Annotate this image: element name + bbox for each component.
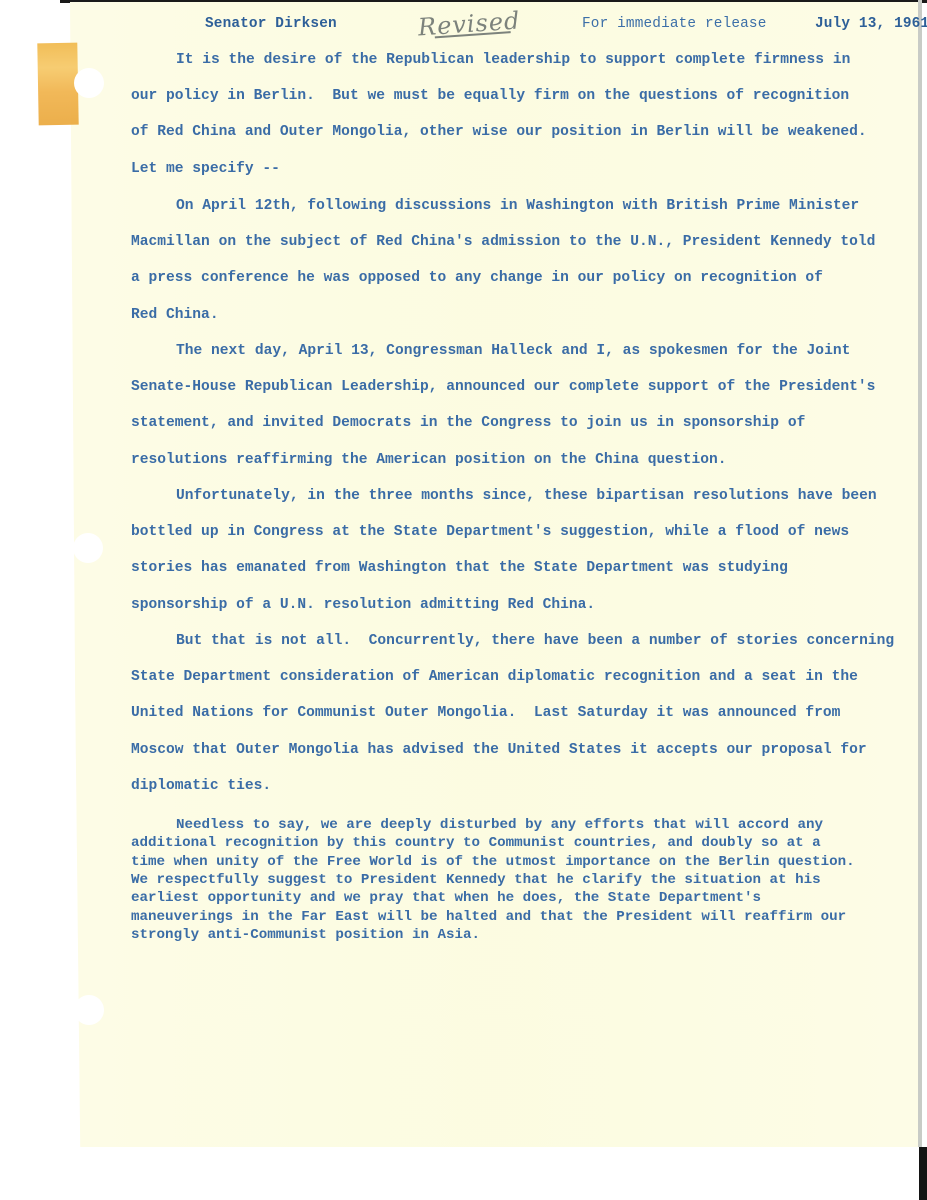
scan-right-edge — [918, 0, 922, 1147]
paragraph-line: Let me specify -- — [131, 161, 280, 177]
punch-hole-middle — [73, 533, 103, 563]
paragraph-line: resolutions reaffirming the American pos… — [131, 452, 727, 468]
paragraph-line: Moscow that Outer Mongolia has advised t… — [131, 742, 867, 758]
paragraph-line: Unfortunately, in the three months since… — [176, 488, 877, 504]
tape-strip — [37, 43, 78, 126]
paragraph-line: The next day, April 13, Congressman Hall… — [176, 343, 850, 359]
paragraph-line: strongly anti-Communist position in Asia… — [131, 926, 480, 944]
paragraph-line: sponsorship of a U.N. resolution admitti… — [131, 597, 595, 613]
paragraph-line: Red China. — [131, 307, 219, 323]
paragraph-line: additional recognition by this country t… — [131, 834, 821, 852]
paragraph-line: Macmillan on the subject of Red China's … — [131, 234, 875, 250]
paragraph-line: It is the desire of the Republican leade… — [176, 52, 850, 68]
paragraph-line: We respectfully suggest to President Ken… — [131, 871, 821, 889]
paragraph-line: But that is not all. Concurrently, there… — [176, 633, 894, 649]
sender-name: Senator Dirksen — [205, 16, 337, 32]
paragraph-line: State Department consideration of Americ… — [131, 669, 858, 685]
paragraph-line: maneuverings in the Far East will be hal… — [131, 908, 846, 926]
paragraph-line: a press conference he was opposed to any… — [131, 270, 823, 286]
scan-corner-shadow — [919, 1147, 927, 1200]
paragraph-line: On April 12th, following discussions in … — [176, 198, 859, 214]
paragraph-line: earliest opportunity and we pray that wh… — [131, 889, 761, 907]
paragraph-line: time when unity of the Free World is of … — [131, 853, 855, 871]
paragraph-line: of Red China and Outer Mongolia, other w… — [131, 124, 867, 140]
punch-hole-top — [74, 68, 104, 98]
release-date: July 13, 1961 — [815, 16, 927, 32]
paragraph-line: our policy in Berlin. But we must be equ… — [131, 88, 849, 104]
punch-hole-bottom — [74, 995, 104, 1025]
paragraph-line: diplomatic ties. — [131, 778, 271, 794]
paragraph-line: statement, and invited Democrats in the … — [131, 415, 805, 431]
paragraph-line: Senate-House Republican Leadership, anno… — [131, 379, 875, 395]
paragraph-line: United Nations for Communist Outer Mongo… — [131, 705, 840, 721]
release-label: For immediate release — [582, 16, 767, 32]
paragraph-line: stories has emanated from Washington tha… — [131, 560, 788, 576]
paragraph-line: Needless to say, we are deeply disturbed… — [176, 816, 823, 834]
paragraph-line: bottled up in Congress at the State Depa… — [131, 524, 849, 540]
